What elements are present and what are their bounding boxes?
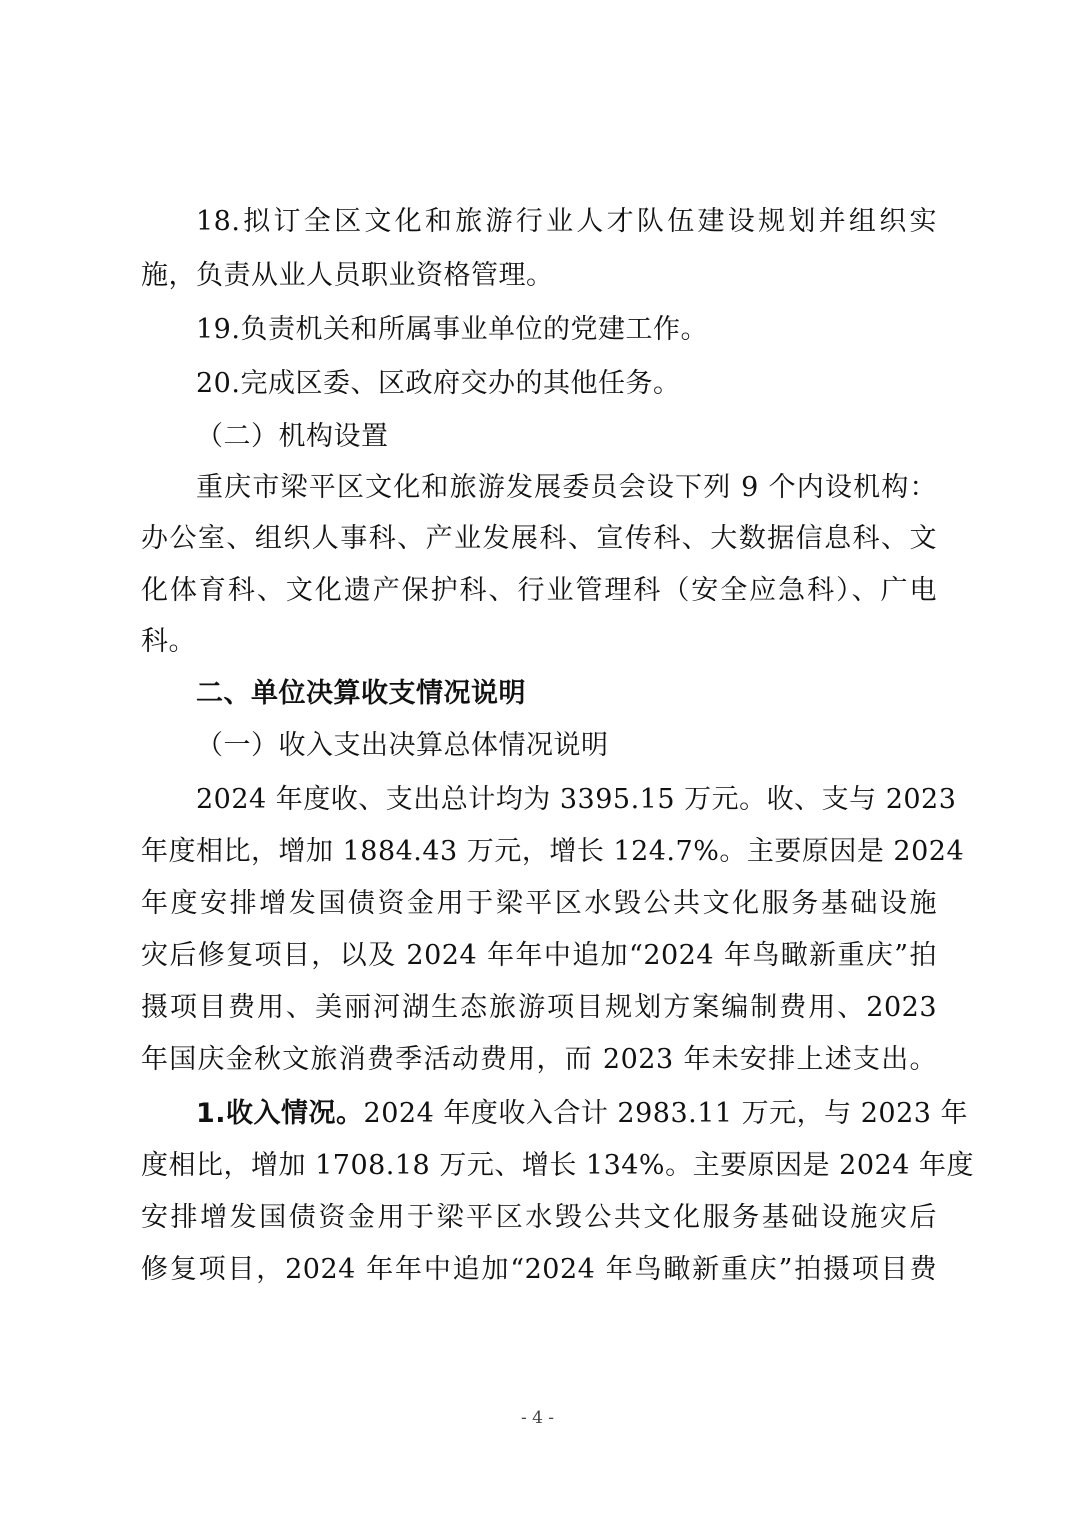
org-paragraph-line-3: 化体育科、文化遗产保护科、行业管理科（安全应急科）、广电	[141, 573, 937, 609]
overall-paragraph-line-6: 年国庆金秋文旅消费季活动费用，而 2023 年未安排上述支出。	[141, 1042, 937, 1078]
income-paragraph-line-1: 1.收入情况。2024 年度收入合计 2983.11 万元，与 2023 年	[196, 1096, 937, 1132]
income-paragraph-line-3: 安排增发国债资金用于梁平区水毁公共文化服务基础设施灾后	[141, 1200, 937, 1236]
overall-paragraph-line-1: 2024 年度收、支出总计均为 3395.15 万元。收、支与 2023	[196, 782, 937, 818]
subheading-org-structure: （二）机构设置	[196, 419, 937, 455]
overall-paragraph-line-3: 年度安排增发国债资金用于梁平区水毁公共文化服务基础设施	[141, 886, 937, 922]
overall-paragraph-line-5: 摄项目费用、美丽河湖生态旅游项目规划方案编制费用、2023	[141, 990, 937, 1026]
document-page: 18.拟订全区文化和旅游行业人才队伍建设规划并组织实 施，负责从业人员职业资格管…	[0, 0, 1075, 1520]
subheading-overall: （一）收入支出决算总体情况说明	[196, 728, 937, 764]
income-paragraph-line-2: 度相比，增加 1708.18 万元、增长 134%。主要原因是 2024 年度	[141, 1148, 937, 1184]
income-text: 2024 年度收入合计 2983.11 万元，与 2023 年	[364, 1096, 969, 1132]
item-18-line-2: 施，负责从业人员职业资格管理。	[141, 258, 937, 294]
item-20: 20.完成区委、区政府交办的其他任务。	[196, 366, 937, 402]
org-paragraph-line-4: 科。	[141, 624, 937, 660]
section-heading-2: 二、单位决算收支情况说明	[196, 676, 937, 712]
overall-paragraph-line-4: 灾后修复项目，以及 2024 年年中追加“2024 年鸟瞰新重庆”拍	[141, 938, 937, 974]
org-paragraph-line-2: 办公室、组织人事科、产业发展科、宣传科、大数据信息科、文	[141, 521, 937, 557]
org-paragraph-line-1: 重庆市梁平区文化和旅游发展委员会设下列 9 个内设机构：	[196, 470, 937, 506]
item-18-line-1: 18.拟订全区文化和旅游行业人才队伍建设规划并组织实	[196, 204, 937, 240]
income-paragraph-line-4: 修复项目，2024 年年中追加“2024 年鸟瞰新重庆”拍摄项目费	[141, 1252, 937, 1288]
overall-paragraph-line-2: 年度相比，增加 1884.43 万元，增长 124.7%。主要原因是 2024	[141, 834, 937, 870]
page-number: - 4 -	[0, 1408, 1075, 1428]
income-lead: 1.收入情况。	[196, 1096, 364, 1132]
item-19: 19.负责机关和所属事业单位的党建工作。	[196, 312, 937, 348]
